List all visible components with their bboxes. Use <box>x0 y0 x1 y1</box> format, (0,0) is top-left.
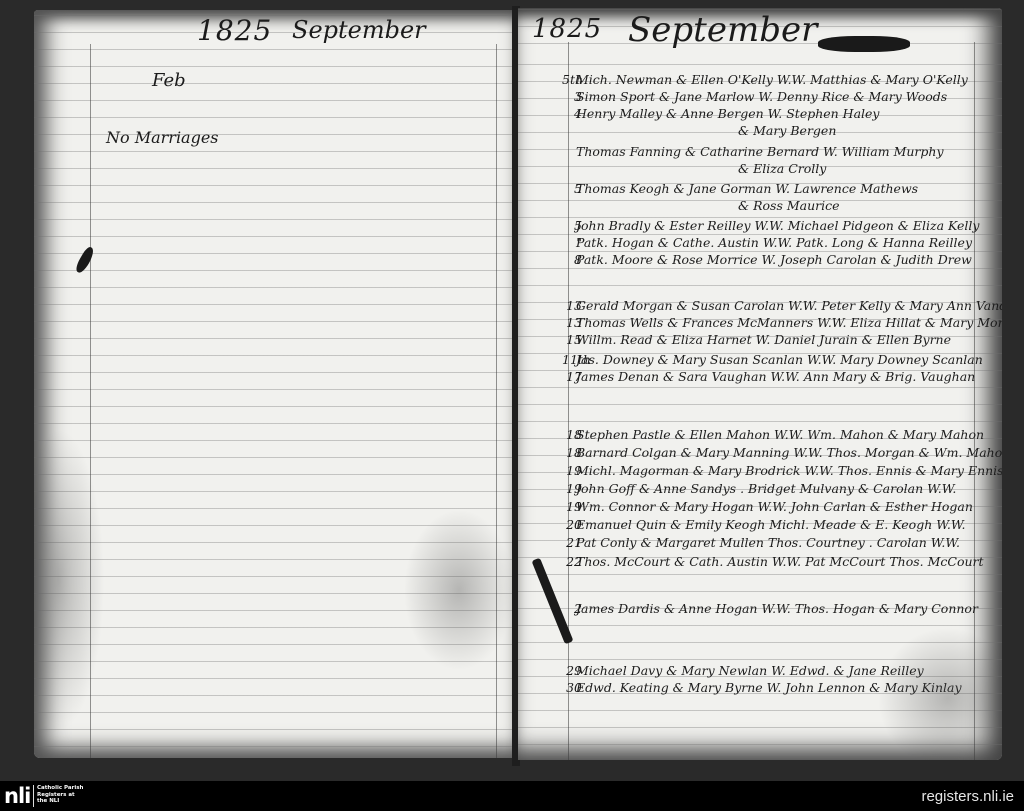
entry-row: & Eliza Crolly <box>518 161 1002 178</box>
ink-blot <box>818 36 910 52</box>
entry-row: 5Thomas Keogh & Jane Gorman W. Lawrence … <box>518 181 1002 198</box>
entry-row: "Patk. Hogan & Cathe. Austin W.W. Patk. … <box>518 235 1002 252</box>
right-register-page: 1825 September 5thMich. Newman & Ellen O… <box>518 8 1002 760</box>
entry-row <box>518 572 1002 589</box>
page-month: September <box>628 10 817 50</box>
stain <box>404 510 514 670</box>
logo-divider <box>33 785 34 807</box>
entry-row: 5thMich. Newman & Ellen O'Kelly W.W. Mat… <box>518 72 1002 89</box>
entry-row: 19Wm. Connor & Mary Hogan W.W. John Carl… <box>518 499 1002 516</box>
entry-row: & Mary Bergen <box>518 123 1002 140</box>
footer-bar: nli Catholic Parish Registers at the NLI… <box>0 781 1024 811</box>
entry-row: Thomas Fanning & Catharine Bernard W. Wi… <box>518 144 1002 161</box>
entry-row: 11thJas. Downey & Mary Susan Scanlan W.W… <box>518 352 1002 369</box>
entry-row: 19Michl. Magorman & Mary Brodrick W.W. T… <box>518 463 1002 480</box>
logo-caption: Catholic Parish Registers at the NLI <box>37 785 83 805</box>
entry-row <box>518 269 1002 286</box>
right-margin-rule <box>496 44 497 758</box>
page-year: 1825 <box>532 14 602 44</box>
nli-logo[interactable]: nli <box>4 785 30 807</box>
left-register-page: 1825 September Feb No Marriages <box>34 10 514 758</box>
entry-row: 3Simon Sport & Jane Marlow W. Denny Rice… <box>518 89 1002 106</box>
entry-row: 13Gerald Morgan & Susan Carolan W.W. Pet… <box>518 298 1002 315</box>
entry-row: 18Stephen Pastle & Ellen Mahon W.W. Wm. … <box>518 427 1002 444</box>
entry-row: 2James Dardis & Anne Hogan W.W. Thos. Ho… <box>518 601 1002 618</box>
entry-row <box>518 386 1002 403</box>
no-marriages-note: No Marriages <box>106 128 219 147</box>
entry-row: & Ross Maurice <box>518 198 1002 215</box>
site-link[interactable]: registers.nli.ie <box>921 788 1014 805</box>
page-year: 1825 <box>197 14 272 47</box>
register-image-viewer[interactable]: 1825 September Feb No Marriages 1825 Sep… <box>0 0 1024 781</box>
entry-row: 21Pat Conly & Margaret Mullen Thos. Cour… <box>518 535 1002 552</box>
entry-row: 8Patk. Moore & Rose Morrice W. Joseph Ca… <box>518 252 1002 269</box>
page-month: September <box>292 16 426 44</box>
entry-row: 13Thomas Wells & Frances McManners W.W. … <box>518 315 1002 332</box>
logo-caption-line: Catholic Parish <box>37 785 83 792</box>
entry-row: 19John Goff & Anne Sandys . Bridget Mulv… <box>518 481 1002 498</box>
entry-row: 18Barnard Colgan & Mary Manning W.W. Tho… <box>518 445 1002 462</box>
entry-row: 4Henry Malley & Anne Bergen W. Stephen H… <box>518 106 1002 123</box>
entry-row: 20Emanuel Quin & Emily Keogh Michl. Mead… <box>518 517 1002 534</box>
entry-row: 5John Bradly & Ester Reilley W.W. Michae… <box>518 218 1002 235</box>
logo-caption-line: the NLI <box>37 798 83 805</box>
entry-row: 15Willm. Read & Eliza Harnet W. Daniel J… <box>518 332 1002 349</box>
entry-row: 22Thos. McCourt & Cath. Austin W.W. Pat … <box>518 554 1002 571</box>
section-heading: Feb <box>152 70 186 91</box>
entry-row: 17James Denan & Sara Vaughan W.W. Ann Ma… <box>518 369 1002 386</box>
